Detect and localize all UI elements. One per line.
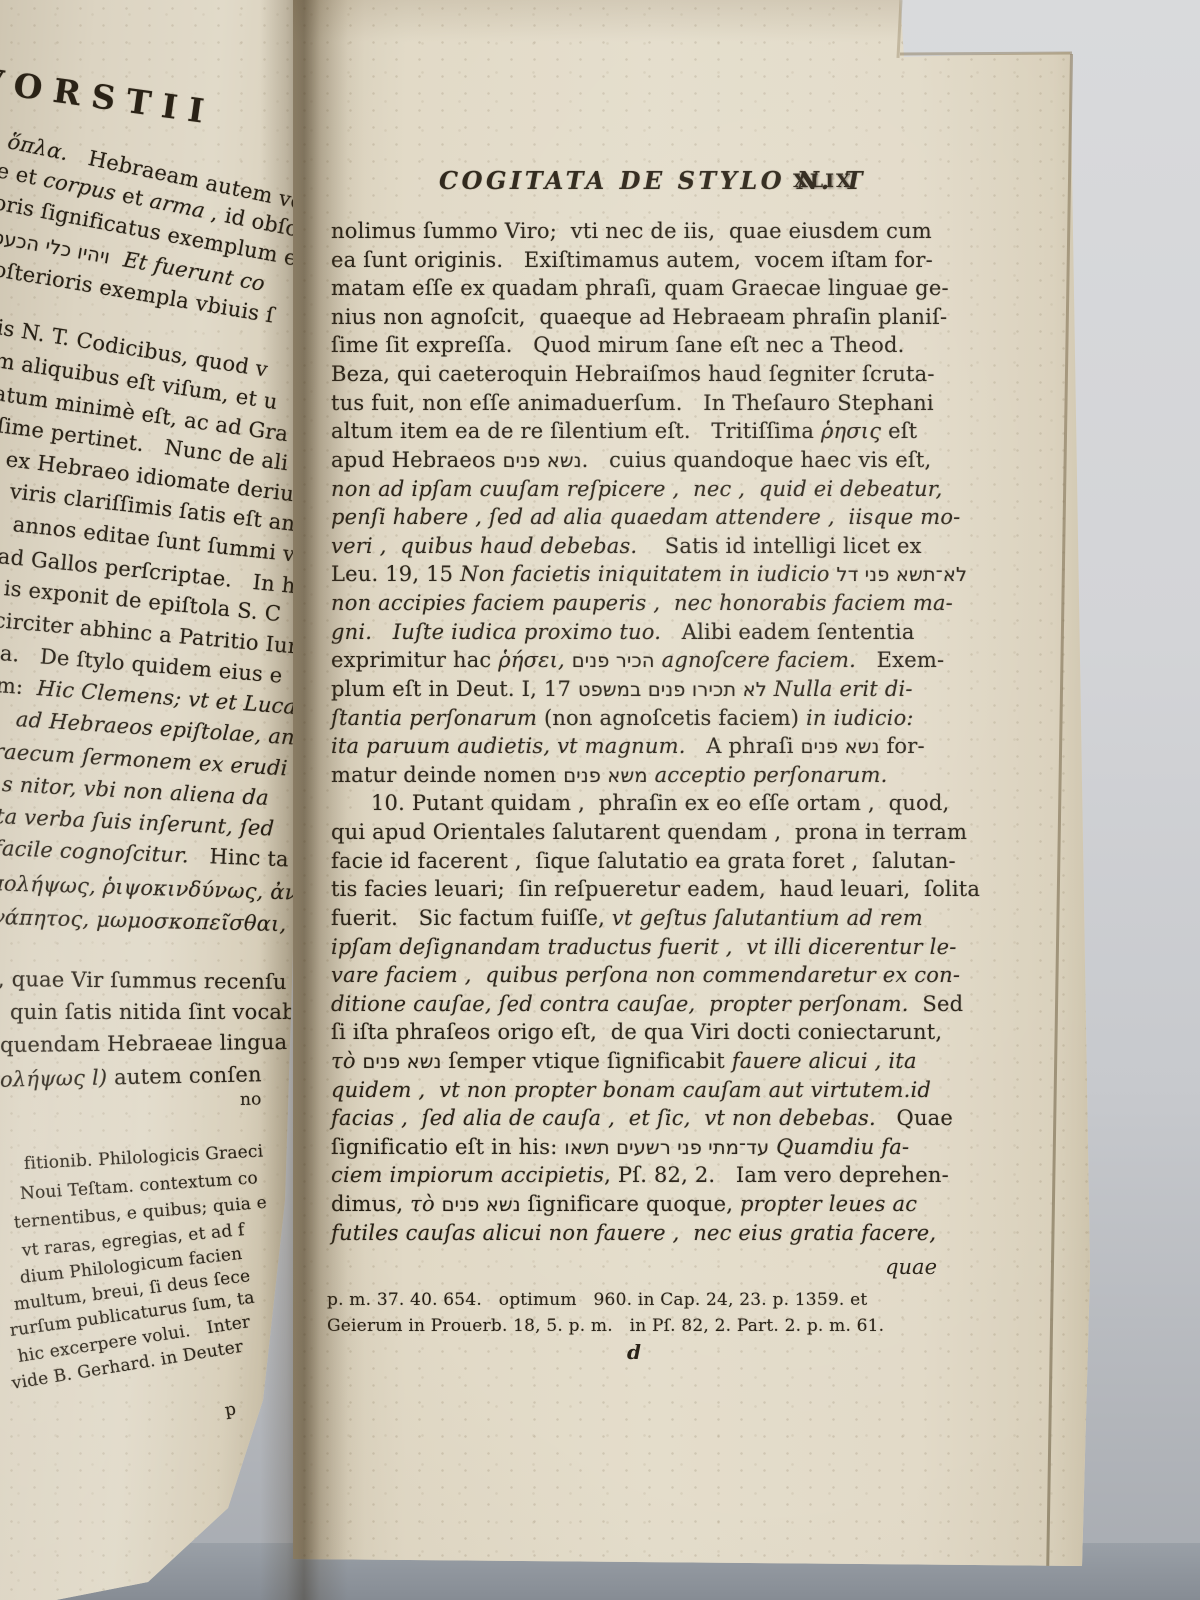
latin-text: fuerit. Sic factum fuiſſe, [331,906,612,930]
latin-text: in iudicio: [806,706,914,730]
latin-text: Beza, qui caeteroquin Hebraiſmos haud ſe… [331,362,935,386]
text-line: VORSTII [0,60,217,132]
text-line: veri , quibus haud debebas. Satis id int… [331,534,937,558]
latin-text: e et [0,158,46,191]
latin-text: vt geſtus ſalutantium ad rem [612,906,923,930]
text-line: , quae Vir ſummus recenſu [0,967,287,994]
text-line: exprimitur hac ῥήσει, הכיר פנים agnoſcer… [331,648,937,672]
hebrew-text: נשא פנים [363,1050,442,1073]
latin-text [767,677,774,701]
text-line: ditione cauſae, ſed contra cauſae, propt… [331,992,937,1016]
latin-text: exprimitur hac [331,648,498,672]
text-line: γάπητος, μωμοσκοπεῖσθαι, ἑ [0,905,305,937]
gathering-signature: d [331,1340,937,1364]
latin-text: tis facies leuari; ſin reſpueretur eadem… [331,877,980,901]
latin-text: quin ſatis nitida ſint vocabu [10,1000,310,1024]
text-line: vare faciem , quibus perſona non commend… [331,963,937,987]
text-line: altum item ea de re ſilentium eſt. Triti… [331,419,937,443]
latin-text: Quae [876,1106,953,1130]
latin-text [648,763,655,787]
text-line: gni. Iuſte iudica proximo tuo. Alibi ead… [331,620,937,644]
text-line: ſi iſta phraſeos origo eſt, de qua Viri … [331,1020,937,1044]
latin-text: tus fuit, non eſſe animaduerſum. In Theſ… [331,391,934,415]
latin-text: m: [0,673,38,700]
latin-text: acceptio perſonarum. [655,763,888,787]
latin-text: matur deinde nomen [331,763,563,787]
text-line: tis facies leuari; ſin reſpueretur eadem… [331,877,937,901]
greek-text: ὅπλα. [6,129,71,165]
latin-text: non accipies faciem pauperis , nec honor… [331,591,953,615]
latin-text: for- [880,734,925,758]
text-line: ita paruum audietis, vt magnum. A phraſi… [331,734,937,758]
latin-text: (non agnoſcetis faciem) [537,706,806,730]
hebrew-text: לא־תשא פני דל [837,563,968,586]
hebrew-text: נשא פנים [801,735,880,758]
latin-text: et [113,182,152,212]
latin-text: dimus, [331,1192,410,1216]
latin-text: Sed [909,992,964,1016]
text-line: facile cognoſcitur. Hinc ta [0,836,289,871]
latin-text: arma [148,189,207,223]
latin-text: , quae Vir ſummus recenſu [0,967,287,994]
text-line: s nitor, vbi non aliena da [1,772,269,810]
text-line: no [240,1089,262,1110]
text-line: πολήψως, ῥιψοκινδύνως, ἀντ [0,871,310,905]
latin-text: propter leues ac [740,1192,917,1216]
latin-text: , Pſ. 82, 2. Iam vero deprehen- [604,1163,949,1187]
latin-text: fitionib. Philologicis Graeci [23,1141,263,1174]
greek-text: τὸ [331,1049,363,1073]
text-line: futiles cauſas alicui non fauere , nec e… [331,1221,937,1245]
latin-text: Alibi eadem ſententia [661,620,914,644]
text-line: nolimus ſummo Viro; vti nec de iis, quae… [331,219,937,243]
latin-text: ciem impiorum accipietis [331,1163,604,1187]
text-line: fitionib. Philologicis Graeci [23,1141,263,1174]
text-line: ſignificatio eſt in his: עד־מתי פני רשעי… [331,1135,937,1159]
latin-text: ſemper vtique ſignificabit [442,1049,732,1073]
greek-text: ῥησις [821,419,881,443]
latin-text: nius non agnoſcit, quaeque ad Hebraeam p… [331,305,947,329]
text-line: Leu. 19, 15 Non facietis iniquitatem in … [331,562,937,586]
text-line: τὸ נשא פנים ſemper vtique ſignificabit f… [331,1049,937,1073]
latin-text: gni. Iuſte iudica proximo tuo. [331,620,661,644]
latin-text: ta verba ſuis inſerunt, ſed [0,804,275,841]
hebrew-text: משא פנים [563,764,647,787]
hebrew-text: לא תכירו פנים במשפט [578,678,767,701]
text-line: matur deinde nomen משא פנים acceptio per… [331,763,937,787]
latin-text: quendam Hebraeae lingua [0,1030,287,1057]
latin-text: no [240,1089,262,1110]
catchword: quae [331,1255,937,1279]
latin-text: altum item ea de re ſilentium eſt. Triti… [331,419,821,443]
text-line: apud Hebraeos נשא פנים. cuius quandoque … [331,448,937,472]
latin-text: ita paruum audietis, vt magnum. [331,734,686,758]
latin-text: qui apud Orientales ſalutarent quendam ,… [331,820,967,844]
latin-text: Satis id intelligi licet ex [637,534,921,558]
greek-text: πολήψως, ῥιψοκινδύνως, ἀντ [0,871,310,905]
greek-text: πολήψως l) [0,1065,108,1092]
left-page: VORSTIIὅπλα. Hebraeam autem voe et corpu… [0,0,334,1600]
latin-text: facile cognoſcitur. [0,836,189,867]
latin-text [565,648,572,672]
latin-text: Hinc ta [188,843,289,871]
latin-text: ditione cauſae, ſed contra cauſae, propt… [331,992,909,1016]
latin-text: quidem , vt non propter bonam cauſam aut… [331,1078,931,1102]
text-line: matam eſſe ex quadam phraſi, quam Graeca… [331,276,937,300]
latin-text: p [223,1399,237,1421]
latin-text: matam eſſe ex quadam phraſi, quam Graeca… [331,276,949,300]
text-line: πολήψως l) autem conſen [0,1062,262,1092]
text-line: plum eſt in Deut. I, 17 לא תכירו פנים במ… [331,677,937,701]
latin-text: nolimus ſummo Viro; vti nec de iis, quae… [331,219,932,243]
text-line: non accipies faciem pauperis , nec honor… [331,591,937,615]
text-line: ta verba ſuis inſerunt, ſed [0,804,275,841]
text-line: quendam Hebraeae lingua [0,1030,287,1057]
latin-text: Non facietis iniquitatem in iudicio [460,562,836,586]
text-line: 10. Putant quidam , phraſin ex eo eſſe o… [331,791,977,815]
text-line: nius non agnoſcit, quaeque ad Hebraeam p… [331,305,937,329]
latin-text: ipſam deſignandam traductus fuerit , vt … [331,935,957,959]
text-line: ea ſunt originis. Exiſtimamus autem, voc… [331,248,937,272]
latin-text: autem conſen [107,1062,262,1089]
text-line: p [223,1399,237,1421]
text-line: facias , ſed alia de cauſa , et ſic, vt … [331,1106,937,1130]
text-line: ſtantia perſonarum (non agnoſcetis facie… [331,706,937,730]
latin-text: Leu. 19, 15 [331,562,460,586]
latin-text: Quamdiu fa- [776,1135,909,1159]
footnote-line: p. m. 37. 40. 654. optimum 960. in Cap. … [327,1290,941,1310]
text-line: ſime ſit expreſſa. Quod mirum ſane eſt n… [331,333,937,357]
latin-text: apud Hebraeos [331,448,503,472]
hebrew-text: נשא פנים [442,1193,521,1216]
hebrew-text: נשא פנים [503,449,582,472]
text-line: penſi habere , ſed ad alia quaedam atten… [331,505,937,529]
text-line: facie id facerent , ſique ſalutatio ea g… [331,849,937,873]
text-line: Beza, qui caeteroquin Hebraiſmos haud ſe… [331,362,937,386]
latin-text: VORSTII [0,60,217,132]
greek-text: τὸ [410,1192,442,1216]
latin-text: A phraſi [686,734,801,758]
latin-text: facie id facerent , ſique ſalutatio ea g… [331,849,956,873]
latin-text: s nitor, vbi non aliena da [1,772,269,810]
hebrew-text: עד־מתי פני רשעים תשאו [564,1136,769,1159]
latin-text: ſi iſta phraſeos origo eſt, de qua Viri … [331,1020,942,1044]
text-line: quidem , vt non propter bonam cauſam aut… [331,1078,937,1102]
latin-text: Exem- [856,648,944,672]
latin-text: ſtantia perſonarum [331,706,537,730]
text-line: non ad ipſam cuuſam reſpicere , nec , qu… [331,477,937,501]
latin-text: 10. Putant quidam , phraſin ex eo eſſe o… [371,791,949,815]
text-line: quin ſatis nitida ſint vocabu [10,1000,310,1024]
right-page: COGITATA DE STYLO N. T XLIX nolimus ſumm… [293,0,1093,1570]
latin-text: ſignificatio eſt in his: [331,1135,564,1159]
footnote-line: Geierum in Prouerb. 18, 5. p. m. in Pſ. … [327,1316,941,1336]
greek-text: ῥήσει, [498,648,565,672]
latin-text: veri , quibus haud debebas. [331,534,637,558]
latin-text: plum eſt in Deut. I, 17 [331,677,578,701]
text-line: ciem impiorum accipietis, Pſ. 82, 2. Iam… [331,1163,937,1187]
text-line: dimus, τὸ נשא פנים ſignificare quoque, p… [331,1192,937,1216]
latin-text: futiles cauſas alicui non fauere , nec e… [331,1221,936,1245]
latin-text: non ad ipſam cuuſam reſpicere , nec , qu… [331,477,943,501]
greek-text: γάπητος, μωμοσκοπεῖσθαι, ἑ [0,905,305,937]
latin-text: Nulla erit di- [774,677,913,701]
text-line: ipſam deſignandam traductus fuerit , vt … [331,935,937,959]
text-line: qui apud Orientales ſalutarent quendam ,… [331,820,937,844]
latin-text: ea ſunt originis. Exiſtimamus autem, voc… [331,248,933,272]
latin-text: eſt [881,419,917,443]
latin-text: vare faciem , quibus perſona non commend… [331,963,960,987]
latin-text: ſignificare quoque, [521,1192,740,1216]
latin-text: ſime ſit expreſſa. Quod mirum ſane eſt n… [331,333,904,357]
latin-text: fauere alicui , ita [732,1049,917,1073]
latin-text: agnoſcere faciem. [662,648,856,672]
latin-text: penſi habere , ſed ad alia quaedam atten… [331,505,960,529]
text-line: tus fuit, non eſſe animaduerſum. In Theſ… [331,391,937,415]
page-number: XLIX [793,170,853,192]
hebrew-text: הכיר פנים [572,649,655,672]
latin-text [655,648,662,672]
latin-text: . cuius quandoque haec vis eſt, [582,448,932,472]
book-photo: VORSTIIὅπλα. Hebraeam autem voe et corpu… [0,0,1200,1600]
latin-text: facias , ſed alia de cauſa , et ſic, vt … [331,1106,876,1130]
text-line: fuerit. Sic factum fuiſſe, vt geſtus ſal… [331,906,937,930]
